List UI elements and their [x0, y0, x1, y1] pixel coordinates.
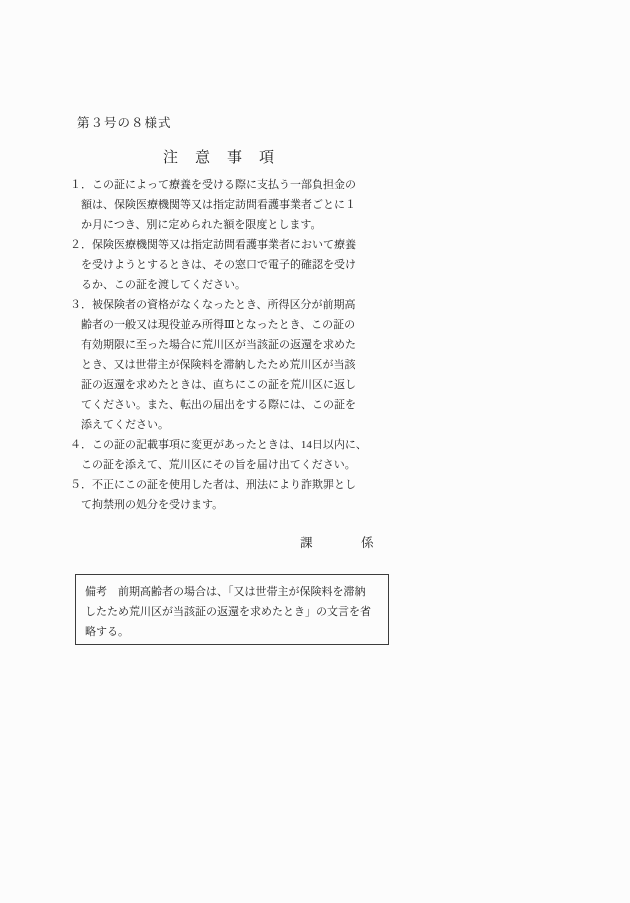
notice-item-3-line-4: とき、又は世帯主が保険料を滞納したため荒川区が当該 — [70, 355, 390, 375]
item-2-text-1: 保険医療機関等又は指定訪問看護事業者において療養 — [92, 239, 356, 251]
notice-item-2: ２．保険医療機関等又は指定訪問看護事業者において療養 を受けようとするときは、そ… — [70, 235, 390, 295]
notice-item-3-line-3: 有効期限に至った場合に荒川区が当該証の返還を求めた — [70, 335, 390, 355]
item-4-text-1: この証の記載事項に変更があったときは、14日以内に、 — [92, 439, 367, 451]
item-1-text-1: この証によって療養を受ける際に支払う一部負担金の — [92, 179, 356, 191]
notice-item-4-line-1: ４．この証の記載事項に変更があったときは、14日以内に、 — [70, 435, 390, 455]
notice-item-5: ５．不正にこの証を使用した者は、刑法により詐欺罪とし て拘禁刑の処分を受けます。 — [70, 475, 390, 515]
remarks-line-1: 備考前期高齢者の場合は、「又は世帯主が保険料を滞納 — [85, 582, 382, 602]
notice-item-4: ４．この証の記載事項に変更があったときは、14日以内に、 この証を添えて、荒川区… — [70, 435, 390, 475]
notice-item-5-line-1: ５．不正にこの証を使用した者は、刑法により詐欺罪とし — [70, 475, 390, 495]
page-title: 注 意 事 項 — [163, 149, 275, 167]
item-4-number: ４． — [70, 435, 92, 455]
item-3-number: ３． — [70, 295, 92, 315]
remarks-box: 備考前期高齢者の場合は、「又は世帯主が保険料を滞納 したため荒川区が当該証の返還… — [75, 574, 389, 645]
item-5-text-1: 不正にこの証を使用した者は、刑法により詐欺罪とし — [92, 479, 356, 491]
notice-item-4-line-2: この証を添えて、荒川区にその旨を届け出てください。 — [70, 455, 390, 475]
item-1-number: １． — [70, 175, 92, 195]
clerk-label: 係 — [361, 533, 374, 553]
notice-item-1-line-3: か月につき、別に定められた額を限度とします。 — [70, 215, 390, 235]
item-2-number: ２． — [70, 235, 92, 255]
notice-item-2-line-3: るか、この証を渡してください。 — [70, 275, 390, 295]
notice-item-1-line-1: １．この証によって療養を受ける際に支払う一部負担金の — [70, 175, 390, 195]
section-label: 課 — [300, 533, 313, 553]
notice-item-3: ３．被保険者の資格がなくなったとき、所得区分が前期高 齢者の一般又は現役並み所得… — [70, 295, 390, 435]
notice-item-1-line-2: 額は、保険医療機関等又は指定訪問看護事業者ごとに１ — [70, 195, 390, 215]
document-page: 第３号の８様式 注 意 事 項 １．この証によって療養を受ける際に支払う一部負担… — [0, 0, 630, 903]
notice-item-3-line-6: てください。また、転出の届出をする際には、この証を — [70, 395, 390, 415]
remarks-line-3: 略する。 — [85, 622, 382, 642]
notice-item-3-line-5: 証の返還を求めたときは、直ちにこの証を荒川区に返し — [70, 375, 390, 395]
notice-item-2-line-1: ２．保険医療機関等又は指定訪問看護事業者において療養 — [70, 235, 390, 255]
item-5-number: ５． — [70, 475, 92, 495]
form-number: 第３号の８様式 — [77, 116, 172, 131]
remarks-label: 備考 — [85, 586, 107, 598]
notice-item-1: １．この証によって療養を受ける際に支払う一部負担金の 額は、保険医療機関等又は指… — [70, 175, 390, 235]
notice-item-3-line-2: 齢者の一般又は現役並み所得Ⅲとなったとき、この証の — [70, 315, 390, 335]
remarks-text-1: 前期高齢者の場合は、「又は世帯主が保険料を滞納 — [118, 586, 366, 598]
item-3-text-1: 被保険者の資格がなくなったとき、所得区分が前期高 — [92, 299, 356, 311]
remarks-line-2: したため荒川区が当該証の返還を求めたとき」の文言を省 — [85, 602, 382, 622]
notice-item-5-line-2: て拘禁刑の処分を受けます。 — [70, 495, 390, 515]
signature-line: 課 係 — [0, 533, 630, 553]
notice-item-2-line-2: を受けようとするときは、その窓口で電子的確認を受け — [70, 255, 390, 275]
notice-item-3-line-7: 添えてください。 — [70, 415, 390, 435]
notice-list: １．この証によって療養を受ける際に支払う一部負担金の 額は、保険医療機関等又は指… — [70, 175, 390, 515]
notice-item-3-line-1: ３．被保険者の資格がなくなったとき、所得区分が前期高 — [70, 295, 390, 315]
